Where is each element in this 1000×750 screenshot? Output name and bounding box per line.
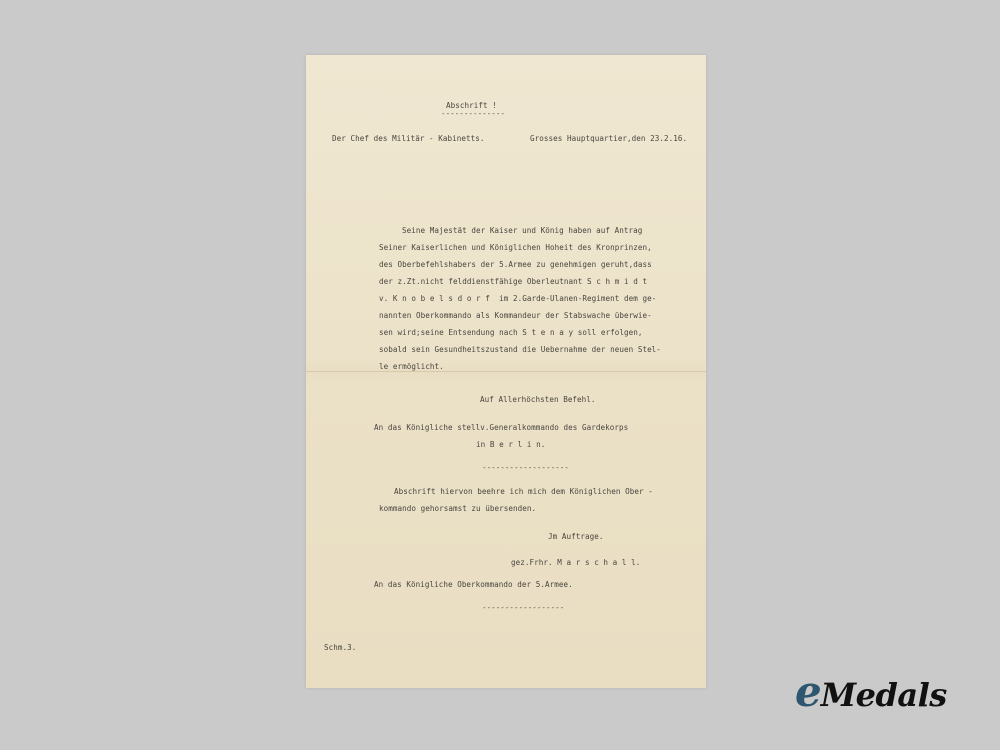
signature-line: gez.Frhr. M a r s c h a l l. — [511, 558, 640, 568]
addressee-1-city: in B e r l i n. — [476, 440, 545, 450]
logo-e-letter: e — [795, 672, 821, 712]
body-line-6: nannten Oberkommando als Kommandeur der … — [379, 311, 652, 321]
body-line-2: Seiner Kaiserlichen und Königlichen Hohe… — [379, 243, 652, 253]
command-line: Auf Allerhöchsten Befehl. — [480, 395, 596, 405]
body-line-5: v. K n o b e l s d o r f im 2.Garde-Ulan… — [379, 294, 656, 304]
emedals-logo: e Medals — [795, 672, 947, 712]
place-date-line: Grosses Hauptquartier,den 23.2.16. — [530, 134, 687, 144]
sender-line: Der Chef des Militär - Kabinetts. — [332, 134, 485, 144]
heading-underline: -------------- — [441, 109, 505, 119]
body-line-4: der z.Zt.nicht felddienstfähige Oberleut… — [379, 277, 647, 287]
document-sheet: Abschrift ! -------------- Der Chef des … — [306, 55, 706, 688]
reference-mark: Schm.3. — [324, 643, 356, 653]
paper-fold-line — [306, 371, 706, 372]
separator-rule-1: ------------------- — [482, 463, 569, 473]
separator-rule-2: ------------------ — [482, 603, 564, 613]
addressee-1: An das Königliche stellv.Generalkommando… — [374, 423, 628, 433]
body-line-7: sen wird;seine Entsendung nach S t e n a… — [379, 328, 642, 338]
addressee-2: An das Königliche Oberkommando der 5.Arm… — [374, 580, 573, 590]
forward-line-2: kommando gehorsamst zu übersenden. — [379, 504, 536, 514]
on-behalf-line: Jm Auftrage. — [548, 532, 603, 542]
forward-line-1: Abschrift hiervon beehre ich mich dem Kö… — [394, 487, 653, 497]
body-line-1: Seine Majestät der Kaiser und König habe… — [402, 226, 642, 236]
body-line-9: le ermöglicht. — [379, 362, 444, 372]
logo-wordmark: Medals — [821, 675, 947, 715]
body-line-8: sobald sein Gesundheitszustand die Ueber… — [379, 345, 661, 355]
body-line-3: des Oberbefehlshabers der 5.Armee zu gen… — [379, 260, 652, 270]
